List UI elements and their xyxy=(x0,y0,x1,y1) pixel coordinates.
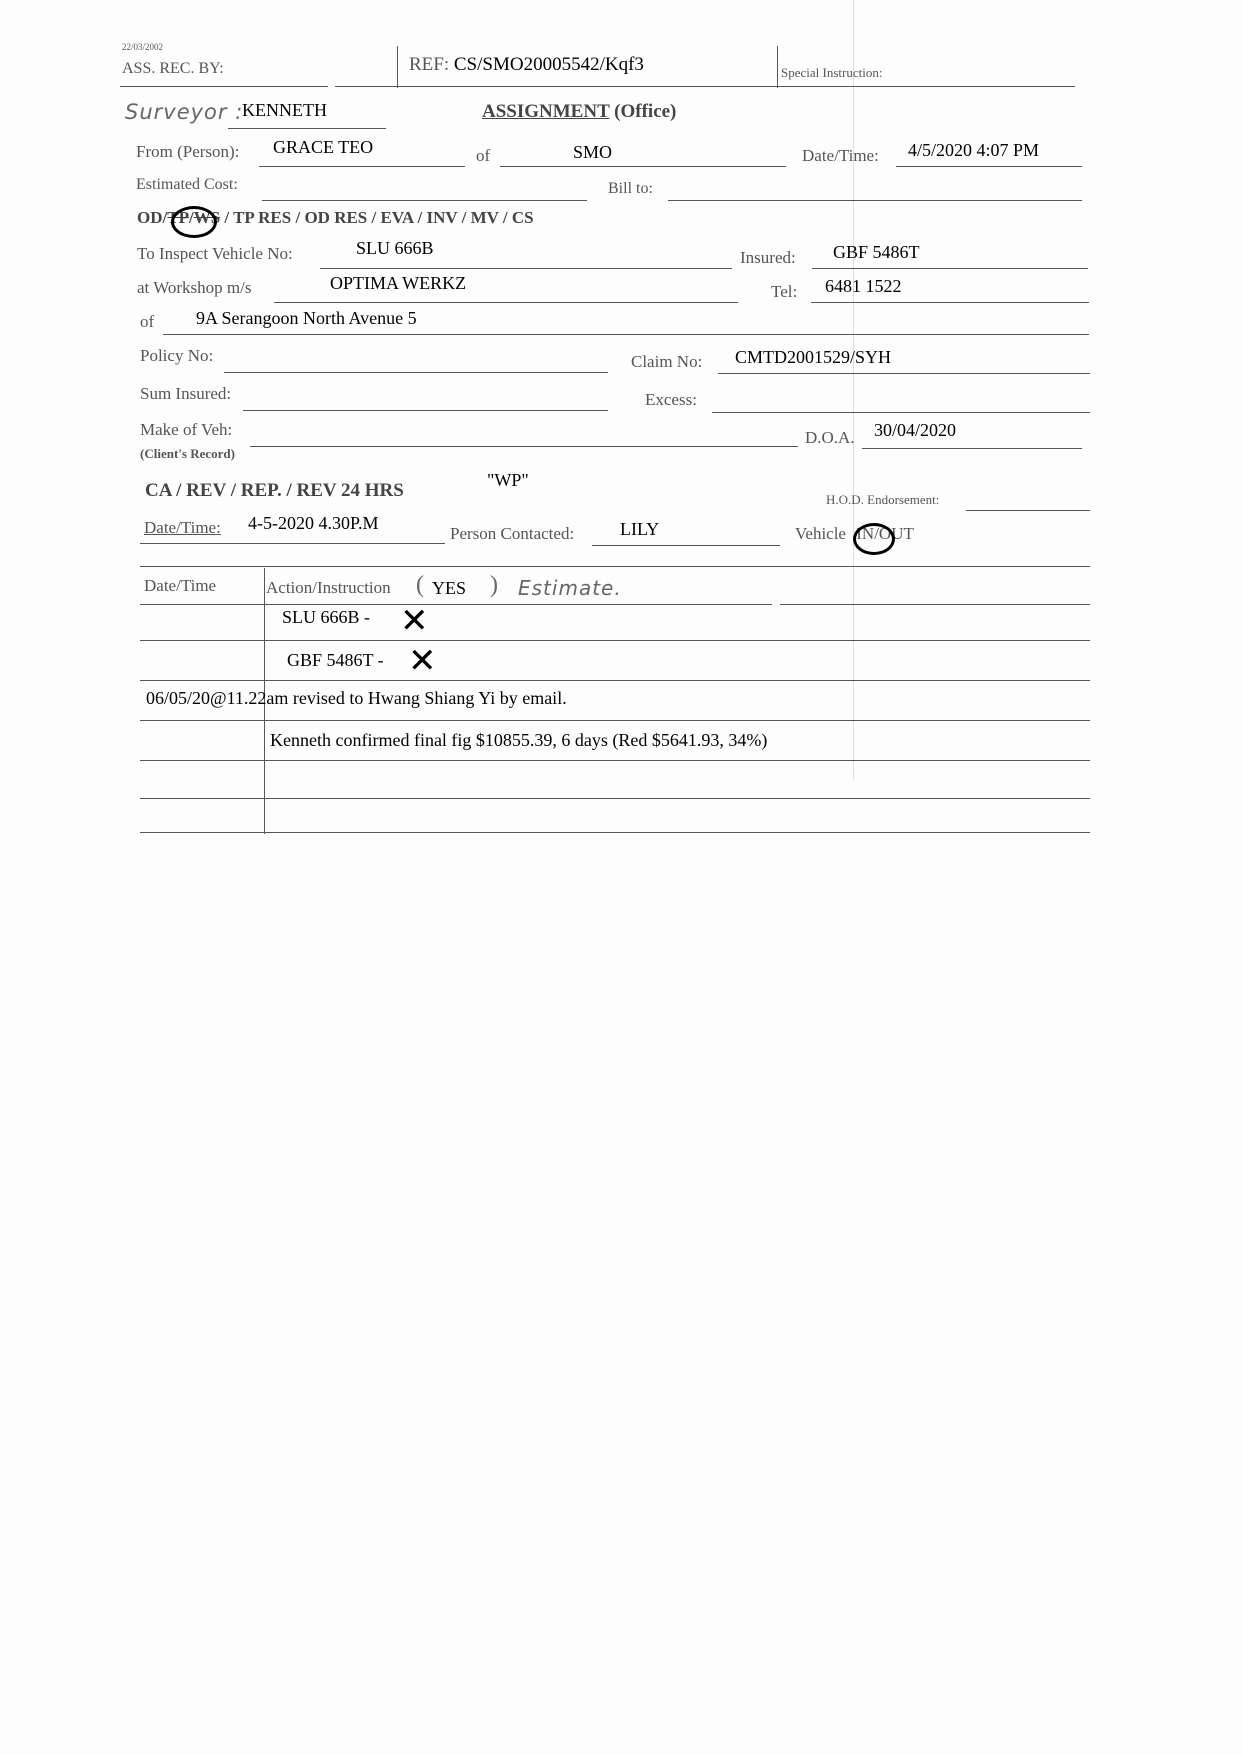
log-row-2-line xyxy=(140,680,1090,681)
sum-insured-line xyxy=(243,410,608,411)
header-divider-2 xyxy=(777,46,778,88)
workshop-label: at Workshop m/s xyxy=(137,278,251,298)
estimated-cost-line xyxy=(262,200,587,201)
category-tp-res[interactable]: TP RES xyxy=(233,208,291,227)
address-of-label: of xyxy=(140,312,154,332)
review-note: "WP" xyxy=(487,470,529,491)
log-row-5-line xyxy=(140,798,1090,799)
handwritten-estimate: Estimate. xyxy=(518,576,622,600)
log-row-3-action: 06/05/20@11.22am revised to Hwang Shiang… xyxy=(146,688,567,709)
log-row-1-line xyxy=(140,640,1090,641)
from-datetime-value: 4/5/2020 4:07 PM xyxy=(908,140,1039,161)
claim-no-line xyxy=(718,373,1090,374)
surveyor-label: Surveyor : xyxy=(125,100,243,124)
from-person-value: GRACE TEO xyxy=(273,137,373,158)
ass-rec-by-line xyxy=(120,86,328,87)
estimated-cost-label: Estimated Cost: xyxy=(136,176,238,194)
person-contacted-label: Person Contacted: xyxy=(450,524,574,544)
header-divider-1 xyxy=(397,46,398,88)
policy-no-line xyxy=(224,372,608,373)
claim-no-label: Claim No: xyxy=(631,352,702,372)
doa-line xyxy=(862,448,1082,449)
tel-value: 6481 1522 xyxy=(825,276,902,297)
excess-line xyxy=(712,412,1090,413)
assignment-title-suffix: (Office) xyxy=(614,101,676,122)
paren-close: ) xyxy=(490,572,498,599)
tel-label: Tel: xyxy=(771,282,797,302)
assignment-title: ASSIGNMENT xyxy=(482,101,609,122)
from-of-line xyxy=(500,166,786,167)
doa-value: 30/04/2020 xyxy=(874,420,956,441)
log-row-2-action: GBF 5486T - xyxy=(287,650,384,671)
contact-datetime-label: Date/Time: xyxy=(144,518,221,538)
address-line xyxy=(163,334,1089,335)
from-person-line xyxy=(259,166,465,167)
hod-endorsement-label: H.O.D. Endorsement: xyxy=(826,492,939,508)
vehicle-status-label: Vehicle xyxy=(795,524,846,543)
from-datetime-label: Date/Time: xyxy=(802,146,879,166)
bill-to-label: Bill to: xyxy=(608,180,653,198)
log-col-action: Action/Instruction xyxy=(266,578,391,598)
log-top-line xyxy=(140,566,1090,567)
log-row-3-line xyxy=(140,720,1090,721)
insured-line xyxy=(812,268,1088,269)
paren-open: ( xyxy=(416,572,424,599)
from-of-value: SMO xyxy=(573,142,612,163)
scan-fold-line xyxy=(853,0,854,780)
clients-record-label: (Client's Record) xyxy=(140,446,235,462)
policy-no-label: Policy No: xyxy=(140,346,213,366)
ass-rec-by-label: ASS. REC. BY: xyxy=(122,60,224,78)
insured-value: GBF 5486T xyxy=(833,242,920,263)
from-datetime-line xyxy=(896,166,1082,167)
log-header-line-2 xyxy=(780,604,1090,605)
log-row-6-line xyxy=(140,832,1090,833)
person-contacted-value: LILY xyxy=(620,519,659,540)
header-underline xyxy=(335,86,1075,87)
address-value: 9A Serangoon North Avenue 5 xyxy=(196,308,417,329)
make-of-veh-label: Make of Veh: xyxy=(140,420,232,440)
category-inv[interactable]: INV xyxy=(427,208,458,227)
from-person-label: From (Person): xyxy=(136,142,239,162)
inspect-vehicle-label: To Inspect Vehicle No: xyxy=(137,244,293,264)
workshop-line xyxy=(274,302,738,303)
surveyor-value: KENNETH xyxy=(242,100,327,121)
category-od[interactable]: OD xyxy=(137,208,163,227)
category-eva[interactable]: EVA xyxy=(381,208,414,227)
contact-datetime-line xyxy=(140,543,445,544)
category-mv[interactable]: MV xyxy=(471,208,499,227)
log-row-1-action: SLU 666B - xyxy=(282,607,370,628)
workshop-value: OPTIMA WERKZ xyxy=(330,273,466,294)
bill-to-line xyxy=(668,200,1082,201)
contact-datetime-value: 4-5-2020 4.30P.M xyxy=(248,513,379,534)
insured-label: Insured: xyxy=(740,248,796,268)
inspect-vehicle-line xyxy=(320,268,732,269)
hod-endorsement-line xyxy=(966,510,1090,511)
tel-line xyxy=(811,302,1089,303)
log-paren-value: YES xyxy=(432,578,466,599)
ref-value: CS/SMO20005542/Kqf3 xyxy=(454,54,644,75)
category-od-res[interactable]: OD RES xyxy=(304,208,367,227)
from-of-label: of xyxy=(476,146,490,166)
inspect-vehicle-value: SLU 666B xyxy=(356,238,434,259)
excess-label: Excess: xyxy=(645,390,697,410)
special-instruction-label: Special Instruction: xyxy=(781,65,882,81)
ref-label: REF: xyxy=(409,54,449,75)
selected-category-circle xyxy=(171,206,217,238)
category-cs[interactable]: CS xyxy=(512,208,534,227)
make-of-veh-line xyxy=(250,446,798,447)
stamp-date: 22/03/2002 xyxy=(122,42,163,52)
log-row-4-line xyxy=(140,760,1090,761)
person-contacted-line xyxy=(592,545,780,546)
log-row-4-action: Kenneth confirmed final fig $10855.39, 6… xyxy=(270,730,767,751)
vehicle-in-circle xyxy=(853,523,895,555)
log-header-line xyxy=(140,604,772,605)
log-col-datetime: Date/Time xyxy=(144,576,216,596)
review-options: CA / REV / REP. / REV 24 HRS xyxy=(145,480,404,502)
x-mark-icon: ✕ xyxy=(400,604,429,638)
claim-no-value: CMTD2001529/SYH xyxy=(735,347,891,368)
sum-insured-label: Sum Insured: xyxy=(140,384,231,404)
doa-label: D.O.A. xyxy=(805,428,855,448)
surveyor-line xyxy=(228,128,386,129)
x-mark-icon: ✕ xyxy=(408,644,437,678)
